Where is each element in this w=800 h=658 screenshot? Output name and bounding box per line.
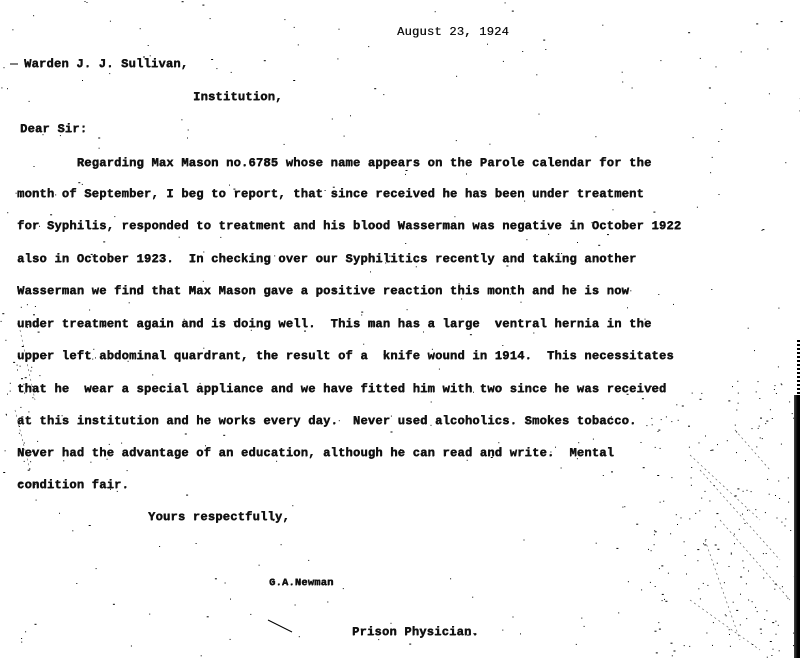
- letter-institution: Institution,: [193, 91, 283, 103]
- signer-title: Prison Physician.: [352, 626, 479, 638]
- body-line: also in October 1923. In checking over o…: [17, 253, 637, 265]
- body-line: at this institution and he works every d…: [17, 415, 637, 427]
- scanned-letter-page: August 23, 1924 Warden J. J. Sullivan, I…: [0, 0, 800, 658]
- body-line: Wasserman we find that Max Mason gave a …: [17, 285, 629, 297]
- body-line: upper left abdominal quardrant, the resu…: [17, 350, 674, 362]
- body-line: for Syphilis, responded to treatment and…: [17, 220, 681, 232]
- letter-addressee: Warden J. J. Sullivan,: [24, 58, 188, 70]
- body-line: under treatment again and is doing well.…: [17, 318, 651, 330]
- letter-date: August 23, 1924: [397, 26, 509, 38]
- body-line: condition fair.: [17, 479, 129, 491]
- body-line: Never had the advantage of an education,…: [17, 447, 614, 459]
- body-line: month of September, I beg to report, tha…: [17, 188, 644, 200]
- scan-edge-shadow: [794, 395, 800, 658]
- letter-closing: Yours respectfully,: [148, 511, 290, 523]
- letter-signature: G.A.Newman: [269, 578, 334, 589]
- letter-salutation: Dear Sir:: [20, 123, 87, 135]
- body-line: Regarding Max Mason no.6785 whose name a…: [17, 157, 651, 169]
- body-line: that he wear a special appliance and we …: [17, 383, 666, 395]
